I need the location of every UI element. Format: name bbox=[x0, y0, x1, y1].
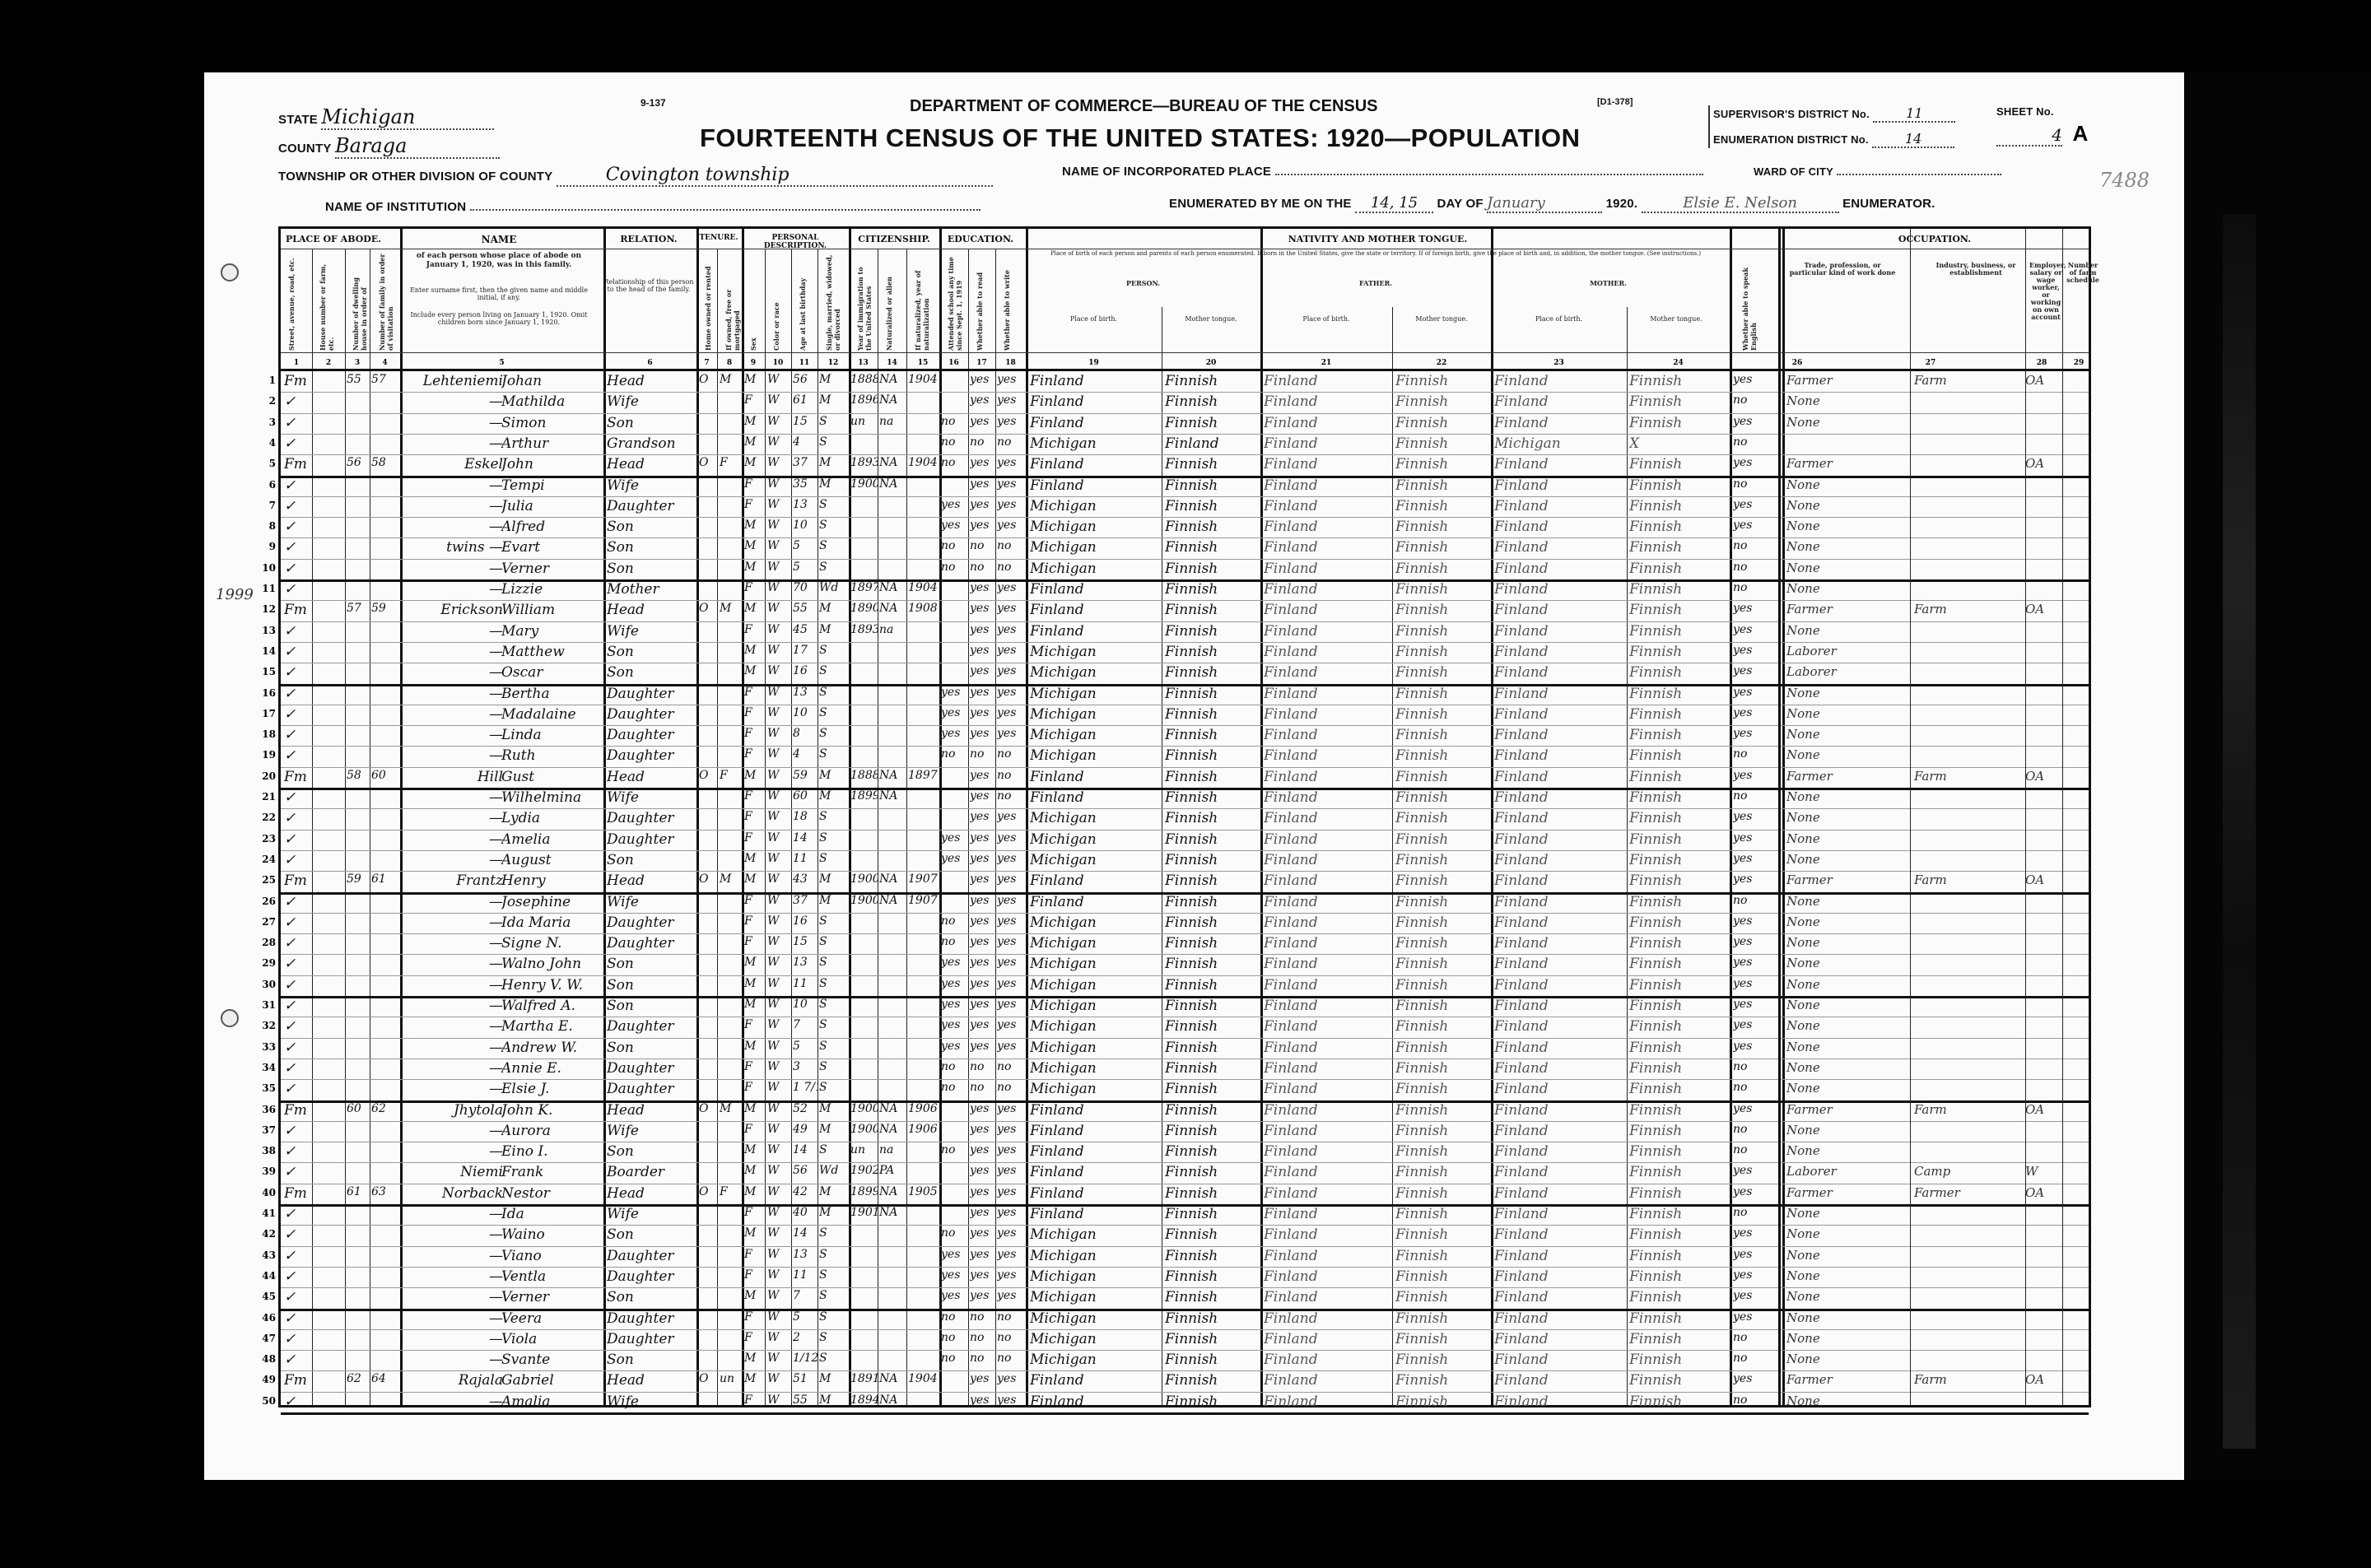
cell-f-tongue: Finnish bbox=[1395, 539, 1489, 556]
cell-m-pob: Finland bbox=[1494, 373, 1626, 389]
cell-surname: — bbox=[404, 519, 508, 535]
cell-sex: M bbox=[744, 539, 764, 552]
column-number: 29 bbox=[2066, 359, 2091, 367]
cell-m-pob: Finland bbox=[1494, 914, 1626, 931]
cell-f-tongue: Finnish bbox=[1395, 769, 1489, 785]
table-row: 34✓—Annie E.DaughterFW3SnononoMichiganFi… bbox=[281, 1059, 1782, 1081]
cell-marital: S bbox=[819, 435, 847, 449]
cell-english: yes bbox=[1733, 998, 1782, 1011]
cell-f-tongue: Finnish bbox=[1395, 415, 1489, 431]
cell-english: yes bbox=[1733, 415, 1782, 428]
cell-age: 5 bbox=[793, 561, 818, 574]
cell-age: 8 bbox=[793, 727, 818, 740]
cell-surname: — bbox=[404, 435, 508, 452]
table-row: 48✓—SvanteSonMW1/12SnononoMichiganFinnis… bbox=[281, 1350, 1782, 1372]
department-title: DEPARTMENT OF COMMERCE—BUREAU OF THE CEN… bbox=[910, 97, 1378, 116]
cell-farm: ✓ bbox=[284, 1394, 312, 1410]
cell-school: no bbox=[941, 747, 967, 761]
cell-relation: Head bbox=[607, 456, 694, 472]
cell-given: Alfred bbox=[501, 519, 603, 535]
cell-school: yes bbox=[941, 1248, 967, 1261]
cell-f-pob: Finland bbox=[1264, 393, 1390, 410]
cell-race: W bbox=[767, 1289, 790, 1302]
cell-age: 5 bbox=[793, 1040, 818, 1053]
cell-given: Elsie J. bbox=[501, 1081, 603, 1097]
cell-given: Gust bbox=[501, 769, 603, 785]
cell-relation: Daughter bbox=[607, 914, 694, 931]
cell-mort: M bbox=[720, 1102, 739, 1115]
cell-m-pob: Finland bbox=[1494, 539, 1626, 556]
cell-read: yes bbox=[970, 498, 995, 511]
cell-given: Walno John bbox=[501, 956, 603, 972]
cell-m-tongue: Finnish bbox=[1629, 1226, 1728, 1243]
cell-write: yes bbox=[997, 1018, 1025, 1031]
cell-surname: — bbox=[404, 914, 508, 931]
cell-race: W bbox=[767, 581, 790, 594]
occupation-row: None bbox=[1778, 913, 2089, 935]
cell-natyr: 1904 bbox=[908, 373, 938, 386]
cell-race: W bbox=[767, 789, 790, 803]
cell-surname: — bbox=[404, 789, 508, 806]
line-number: 12 bbox=[254, 603, 276, 615]
cell-english: no bbox=[1733, 789, 1782, 803]
name-instruction-2: Include every person living on January 1… bbox=[404, 311, 594, 326]
cell-tongue: Finnish bbox=[1165, 894, 1259, 910]
occupation-row: None bbox=[1778, 1121, 2089, 1143]
population-table: PLACE OF ABODE. NAME of each person whos… bbox=[278, 226, 1785, 1407]
cell-m-tongue: Finnish bbox=[1629, 998, 1728, 1014]
cell-sex: F bbox=[744, 1123, 764, 1136]
table-row: 41✓—IdaWifeFW40M1901NAyesyesFinlandFinni… bbox=[281, 1204, 1782, 1226]
cell-relation: Son bbox=[607, 998, 694, 1014]
header-divider bbox=[281, 352, 1782, 353]
cell-m-pob: Michigan bbox=[1494, 435, 1626, 452]
cell-read: yes bbox=[970, 894, 995, 907]
cell-employ: OA bbox=[2025, 1102, 2058, 1117]
cell-english: yes bbox=[1733, 1226, 1782, 1240]
cell-dwelling: 57 bbox=[347, 602, 370, 615]
column-number: 21 bbox=[1260, 359, 1392, 367]
cell-occupation: None bbox=[1786, 956, 1910, 970]
township-field: TOWNSHIP OR OTHER DIVISION OF COUNTY Cov… bbox=[278, 165, 993, 187]
cell-m-tongue: Finnish bbox=[1629, 477, 1728, 494]
column-number: 22 bbox=[1392, 359, 1491, 367]
line-number: 50 bbox=[254, 1395, 276, 1407]
cell-occupation: Farmer bbox=[1786, 373, 1910, 388]
cell-farm: ✓ bbox=[284, 852, 312, 868]
cell-write: yes bbox=[997, 894, 1025, 907]
cell-pob: Finland bbox=[1030, 1123, 1162, 1139]
cell-english: no bbox=[1733, 747, 1782, 761]
cell-f-tongue: Finnish bbox=[1395, 664, 1489, 681]
occupation-column-header: Number of farm schedule bbox=[2066, 262, 2099, 284]
line-number: 22 bbox=[254, 812, 276, 823]
cell-m-pob: Finland bbox=[1494, 1206, 1626, 1222]
cell-english: no bbox=[1733, 1394, 1782, 1407]
cell-farm: ✓ bbox=[284, 706, 312, 723]
cell-pob: Michigan bbox=[1030, 1352, 1162, 1368]
cell-mort: M bbox=[720, 872, 739, 886]
cell-read: yes bbox=[970, 415, 995, 428]
cell-write: no bbox=[997, 1352, 1025, 1365]
cell-nat: NA bbox=[879, 393, 906, 407]
cell-read: yes bbox=[970, 519, 995, 532]
cell-school: no bbox=[941, 539, 967, 552]
cell-m-tongue: Finnish bbox=[1629, 727, 1728, 743]
cell-pob: Finland bbox=[1030, 1143, 1162, 1160]
nativity-father: FATHER. bbox=[1260, 280, 1491, 287]
cell-farm: ✓ bbox=[284, 498, 312, 514]
name-description: of each person whose place of abode on J… bbox=[404, 252, 594, 270]
cell-nat: na bbox=[879, 623, 906, 636]
cell-write: yes bbox=[997, 935, 1025, 948]
cell-sex: F bbox=[744, 1081, 764, 1094]
township-value: Covington township bbox=[557, 165, 993, 187]
cell-race: W bbox=[767, 727, 790, 740]
cell-pob: Michigan bbox=[1030, 1226, 1162, 1243]
cell-f-tongue: Finnish bbox=[1395, 477, 1489, 494]
column-number: 26 bbox=[1785, 359, 1810, 367]
cell-surname: — bbox=[404, 1060, 508, 1077]
cell-m-pob: Finland bbox=[1494, 644, 1626, 660]
cell-nat: NA bbox=[879, 373, 906, 386]
cell-m-pob: Finland bbox=[1494, 1310, 1626, 1327]
cell-age: 11 bbox=[793, 977, 818, 990]
cell-surname: Niemi bbox=[404, 1164, 508, 1180]
cell-tongue: Finnish bbox=[1165, 686, 1259, 702]
cell-english: yes bbox=[1733, 1040, 1782, 1053]
cell-marital: S bbox=[819, 1248, 847, 1261]
cell-tongue: Finnish bbox=[1165, 998, 1259, 1014]
cell-f-tongue: Finnish bbox=[1395, 1102, 1489, 1119]
cell-tongue: Finnish bbox=[1165, 1226, 1259, 1243]
line-number: 42 bbox=[254, 1228, 276, 1240]
table-row: 12Fm5759EricksonWilliamHeadOMMW55M1890NA… bbox=[281, 600, 1782, 622]
column-number: 14 bbox=[878, 359, 906, 367]
cell-surname: — bbox=[404, 1081, 508, 1097]
cell-write: yes bbox=[997, 1268, 1025, 1282]
column-number: 10 bbox=[765, 359, 791, 367]
cell-farm: ✓ bbox=[284, 686, 312, 702]
cell-tongue: Finnish bbox=[1165, 872, 1259, 889]
line-number: 5 bbox=[254, 458, 276, 469]
cell-given: Henry bbox=[501, 872, 603, 889]
cell-natyr: 1906 bbox=[908, 1123, 938, 1136]
cell-sex: M bbox=[744, 769, 764, 782]
cell-pob: Michigan bbox=[1030, 956, 1162, 972]
occupation-table: OCCUPATION. FarmerFarmOANoneNoneFarmerOA… bbox=[1778, 226, 2091, 1407]
cell-pob: Michigan bbox=[1030, 1248, 1162, 1264]
cell-farm: ✓ bbox=[284, 1352, 312, 1368]
table-row: 7✓—JuliaDaughterFW13SyesyesyesMichiganFi… bbox=[281, 496, 1782, 519]
cell-pob: Finland bbox=[1030, 623, 1162, 640]
line-number: 20 bbox=[254, 770, 276, 782]
column-number: 2 bbox=[312, 359, 345, 367]
cell-farm: ✓ bbox=[284, 747, 312, 764]
table-row: 33✓—Andrew W.SonMW5SyesyesyesMichiganFin… bbox=[281, 1038, 1782, 1060]
column-header: House number or farm, etc. bbox=[319, 254, 337, 351]
cell-occupation: None bbox=[1786, 747, 1910, 762]
cell-occupation: None bbox=[1786, 1226, 1910, 1241]
column-divider bbox=[1910, 229, 1911, 1405]
cell-tongue: Finnish bbox=[1165, 852, 1259, 868]
cell-m-pob: Finland bbox=[1494, 894, 1626, 910]
table-row: 8✓—AlfredSonMW10SyesyesyesMichiganFinnis… bbox=[281, 517, 1782, 539]
cell-tongue: Finnish bbox=[1165, 1372, 1259, 1389]
cell-relation: Wife bbox=[607, 477, 694, 494]
cell-m-tongue: Finnish bbox=[1629, 1289, 1728, 1305]
cell-f-tongue: Finnish bbox=[1395, 373, 1489, 389]
cell-f-tongue: Finnish bbox=[1395, 1060, 1489, 1077]
enumerated-month: January bbox=[1487, 194, 1602, 213]
occupation-row: None bbox=[1778, 705, 2089, 727]
cell-given: Wilhelmina bbox=[501, 789, 603, 806]
cell-m-pob: Finland bbox=[1494, 1102, 1626, 1119]
cell-english: yes bbox=[1733, 498, 1782, 511]
cell-age: 61 bbox=[793, 393, 818, 407]
cell-pob: Michigan bbox=[1030, 1040, 1162, 1056]
cell-f-pob: Finland bbox=[1264, 769, 1390, 785]
cell-farm: ✓ bbox=[284, 435, 312, 452]
cell-m-pob: Finland bbox=[1494, 1394, 1626, 1410]
cell-nat: NA bbox=[879, 477, 906, 491]
cell-pob: Michigan bbox=[1030, 435, 1162, 452]
cell-m-tongue: Finnish bbox=[1629, 1248, 1728, 1264]
cell-tongue: Finnish bbox=[1165, 977, 1259, 993]
cell-tongue: Finnish bbox=[1165, 664, 1259, 681]
cell-surname: — bbox=[404, 498, 508, 514]
cell-occupation: Farmer bbox=[1786, 1372, 1910, 1387]
cell-relation: Daughter bbox=[607, 686, 694, 702]
cell-tongue: Finnish bbox=[1165, 1248, 1259, 1264]
cell-home: O bbox=[699, 373, 715, 386]
cell-english: no bbox=[1733, 435, 1782, 449]
cell-f-pob: Finland bbox=[1264, 872, 1390, 889]
cell-m-tongue: Finnish bbox=[1629, 872, 1728, 889]
cell-m-tongue: Finnish bbox=[1629, 1206, 1728, 1222]
cell-sex: M bbox=[744, 1185, 764, 1198]
cell-f-tongue: Finnish bbox=[1395, 1331, 1489, 1347]
cell-farm: ✓ bbox=[284, 1143, 312, 1160]
cell-surname: — bbox=[404, 477, 508, 494]
cell-sex: F bbox=[744, 1394, 764, 1407]
cell-pob: Michigan bbox=[1030, 1268, 1162, 1285]
cell-occupation: None bbox=[1786, 623, 1910, 638]
cell-m-tongue: Finnish bbox=[1629, 686, 1728, 702]
cell-pob: Michigan bbox=[1030, 747, 1162, 764]
cell-read: yes bbox=[970, 602, 995, 615]
cell-race: W bbox=[767, 644, 790, 657]
column-number: 23 bbox=[1491, 359, 1627, 367]
cell-surname: — bbox=[404, 810, 508, 826]
cell-m-tongue: Finnish bbox=[1629, 1018, 1728, 1035]
cell-tongue: Finnish bbox=[1165, 1268, 1259, 1285]
cell-write: no bbox=[997, 1310, 1025, 1324]
film-edge bbox=[2223, 214, 2256, 1449]
cell-farm: Fm bbox=[284, 769, 312, 785]
cell-read: no bbox=[970, 1331, 995, 1344]
cell-m-tongue: Finnish bbox=[1629, 1040, 1728, 1056]
cell-given: Annie E. bbox=[501, 1060, 603, 1077]
line-number: 14 bbox=[254, 645, 276, 657]
line-number: 21 bbox=[254, 791, 276, 803]
cell-tongue: Finnish bbox=[1165, 706, 1259, 723]
cell-read: yes bbox=[970, 623, 995, 636]
cell-sex: M bbox=[744, 852, 764, 865]
cell-pob: Finland bbox=[1030, 415, 1162, 431]
cell-given: Gabriel bbox=[501, 1372, 603, 1389]
cell-surname: — bbox=[404, 1331, 508, 1347]
cell-farm: Fm bbox=[284, 602, 312, 618]
cell-pob: Michigan bbox=[1030, 644, 1162, 660]
cell-farm: ✓ bbox=[284, 998, 312, 1014]
cell-given: William bbox=[501, 602, 603, 618]
cell-immig: 1894 bbox=[850, 1394, 878, 1407]
cell-surname: — bbox=[404, 1310, 508, 1327]
cell-read: yes bbox=[970, 727, 995, 740]
cell-read: yes bbox=[970, 1268, 995, 1282]
cell-read: yes bbox=[970, 477, 995, 491]
cell-marital: S bbox=[819, 977, 847, 990]
cell-race: W bbox=[767, 1123, 790, 1136]
cell-relation: Head bbox=[607, 769, 694, 785]
cell-surname: — bbox=[404, 935, 508, 952]
cell-relation: Daughter bbox=[607, 1310, 694, 1327]
cell-m-tongue: Finnish bbox=[1629, 1164, 1728, 1180]
cell-f-tongue: Finnish bbox=[1395, 435, 1489, 452]
occupation-row: FarmerFarmOA bbox=[1778, 600, 2089, 622]
occupation-row: None bbox=[1778, 892, 2089, 914]
cell-english: yes bbox=[1733, 956, 1782, 969]
occupation-row: None bbox=[1778, 1392, 2089, 1414]
column-header: Whether able to read bbox=[976, 254, 994, 351]
cell-given: Verner bbox=[501, 561, 603, 577]
cell-read: yes bbox=[970, 1123, 995, 1136]
cell-pob: Michigan bbox=[1030, 706, 1162, 723]
column-number: 19 bbox=[1026, 359, 1162, 367]
cell-given: Ida bbox=[501, 1206, 603, 1222]
line-number: 38 bbox=[254, 1145, 276, 1156]
cell-occupation: None bbox=[1786, 477, 1910, 492]
column-number: 15 bbox=[906, 359, 939, 367]
cell-write: yes bbox=[997, 831, 1025, 844]
column-number: 20 bbox=[1162, 359, 1260, 367]
cell-marital: M bbox=[819, 373, 847, 386]
cell-marital: S bbox=[819, 1289, 847, 1302]
cell-english: no bbox=[1733, 1352, 1782, 1365]
cell-age: 5 bbox=[793, 539, 818, 552]
cell-nat: NA bbox=[879, 872, 906, 886]
cell-relation: Daughter bbox=[607, 1268, 694, 1285]
cell-m-pob: Finland bbox=[1494, 747, 1626, 764]
cell-family: 59 bbox=[371, 602, 398, 615]
cell-family: 57 bbox=[371, 373, 398, 386]
cell-given: Bertha bbox=[501, 686, 603, 702]
cell-sex: F bbox=[744, 623, 764, 636]
cell-tongue: Finnish bbox=[1165, 498, 1259, 514]
line-number: 49 bbox=[254, 1374, 276, 1385]
cell-age: 10 bbox=[793, 998, 818, 1011]
cell-english: yes bbox=[1733, 686, 1782, 699]
state-value: Michigan bbox=[321, 105, 494, 130]
cell-age: 14 bbox=[793, 831, 818, 844]
table-row: 11✓—LizzieMotherFW70Wd1897NA1904yesyesFi… bbox=[281, 579, 1782, 602]
cell-age: 45 bbox=[793, 623, 818, 636]
cell-f-pob: Finland bbox=[1264, 977, 1390, 993]
column-number: 13 bbox=[849, 359, 878, 367]
cell-nat: NA bbox=[879, 1102, 906, 1115]
cell-sex: F bbox=[744, 831, 764, 844]
cell-f-pob: Finland bbox=[1264, 831, 1390, 848]
cell-mort: M bbox=[720, 373, 739, 386]
cell-given: Ida Maria bbox=[501, 914, 603, 931]
table-row: 17✓—MadalaineDaughterFW10SyesyesyesMichi… bbox=[281, 705, 1782, 727]
cell-m-tongue: Finnish bbox=[1629, 644, 1728, 660]
cell-sex: F bbox=[744, 894, 764, 907]
table-row: 4✓—ArthurGrandsonMW4SnononoMichiganFinla… bbox=[281, 434, 1782, 456]
cell-school: yes bbox=[941, 686, 967, 699]
cell-m-tongue: Finnish bbox=[1629, 1268, 1728, 1285]
cell-tongue: Finnish bbox=[1165, 373, 1259, 389]
cell-read: no bbox=[970, 1310, 995, 1324]
cell-tongue: Finnish bbox=[1165, 1352, 1259, 1368]
cell-write: yes bbox=[997, 1185, 1025, 1198]
cell-relation: Daughter bbox=[607, 498, 694, 514]
cell-write: no bbox=[997, 789, 1025, 803]
occupation-row: None bbox=[1778, 1225, 2089, 1247]
cell-marital: M bbox=[819, 872, 847, 886]
occupation-row: None bbox=[1778, 830, 2089, 852]
cell-farm: ✓ bbox=[284, 1331, 312, 1347]
cell-race: W bbox=[767, 977, 790, 990]
cell-sex: F bbox=[744, 1060, 764, 1073]
cell-pob: Finland bbox=[1030, 456, 1162, 472]
cell-age: 4 bbox=[793, 747, 818, 761]
column-number: 27 bbox=[1918, 359, 1943, 367]
cell-read: yes bbox=[970, 456, 995, 469]
cell-relation: Son bbox=[607, 1289, 694, 1305]
occupation-row: None bbox=[1778, 975, 2089, 998]
cell-m-pob: Finland bbox=[1494, 519, 1626, 535]
cell-english: yes bbox=[1733, 727, 1782, 740]
cell-surname: — bbox=[404, 1206, 508, 1222]
cell-immig: 1900 bbox=[850, 477, 878, 491]
cell-farm: ✓ bbox=[284, 914, 312, 931]
cell-f-tongue: Finnish bbox=[1395, 1352, 1489, 1368]
cell-read: yes bbox=[970, 769, 995, 782]
cell-pob: Finland bbox=[1030, 1164, 1162, 1180]
cell-write: yes bbox=[997, 706, 1025, 719]
cell-immig: 1897 bbox=[850, 581, 878, 594]
cell-relation: Son bbox=[607, 519, 694, 535]
cell-surname: — bbox=[404, 706, 508, 723]
cell-farm: Fm bbox=[284, 373, 312, 389]
cell-read: yes bbox=[970, 1248, 995, 1261]
cell-read: yes bbox=[970, 1102, 995, 1115]
cell-m-pob: Finland bbox=[1494, 956, 1626, 972]
cell-sex: M bbox=[744, 1164, 764, 1177]
cell-age: 43 bbox=[793, 872, 818, 886]
cell-surname: — bbox=[404, 393, 508, 410]
cell-occupation: None bbox=[1786, 935, 1910, 950]
cell-given: John K. bbox=[501, 1102, 603, 1119]
cell-marital: S bbox=[819, 1143, 847, 1156]
cell-f-tongue: Finnish bbox=[1395, 1018, 1489, 1035]
line-number: 19 bbox=[254, 749, 276, 761]
cell-occupation: None bbox=[1786, 998, 1910, 1012]
column-header: Whether able to write bbox=[1003, 254, 1021, 351]
line-number: 28 bbox=[254, 937, 276, 948]
